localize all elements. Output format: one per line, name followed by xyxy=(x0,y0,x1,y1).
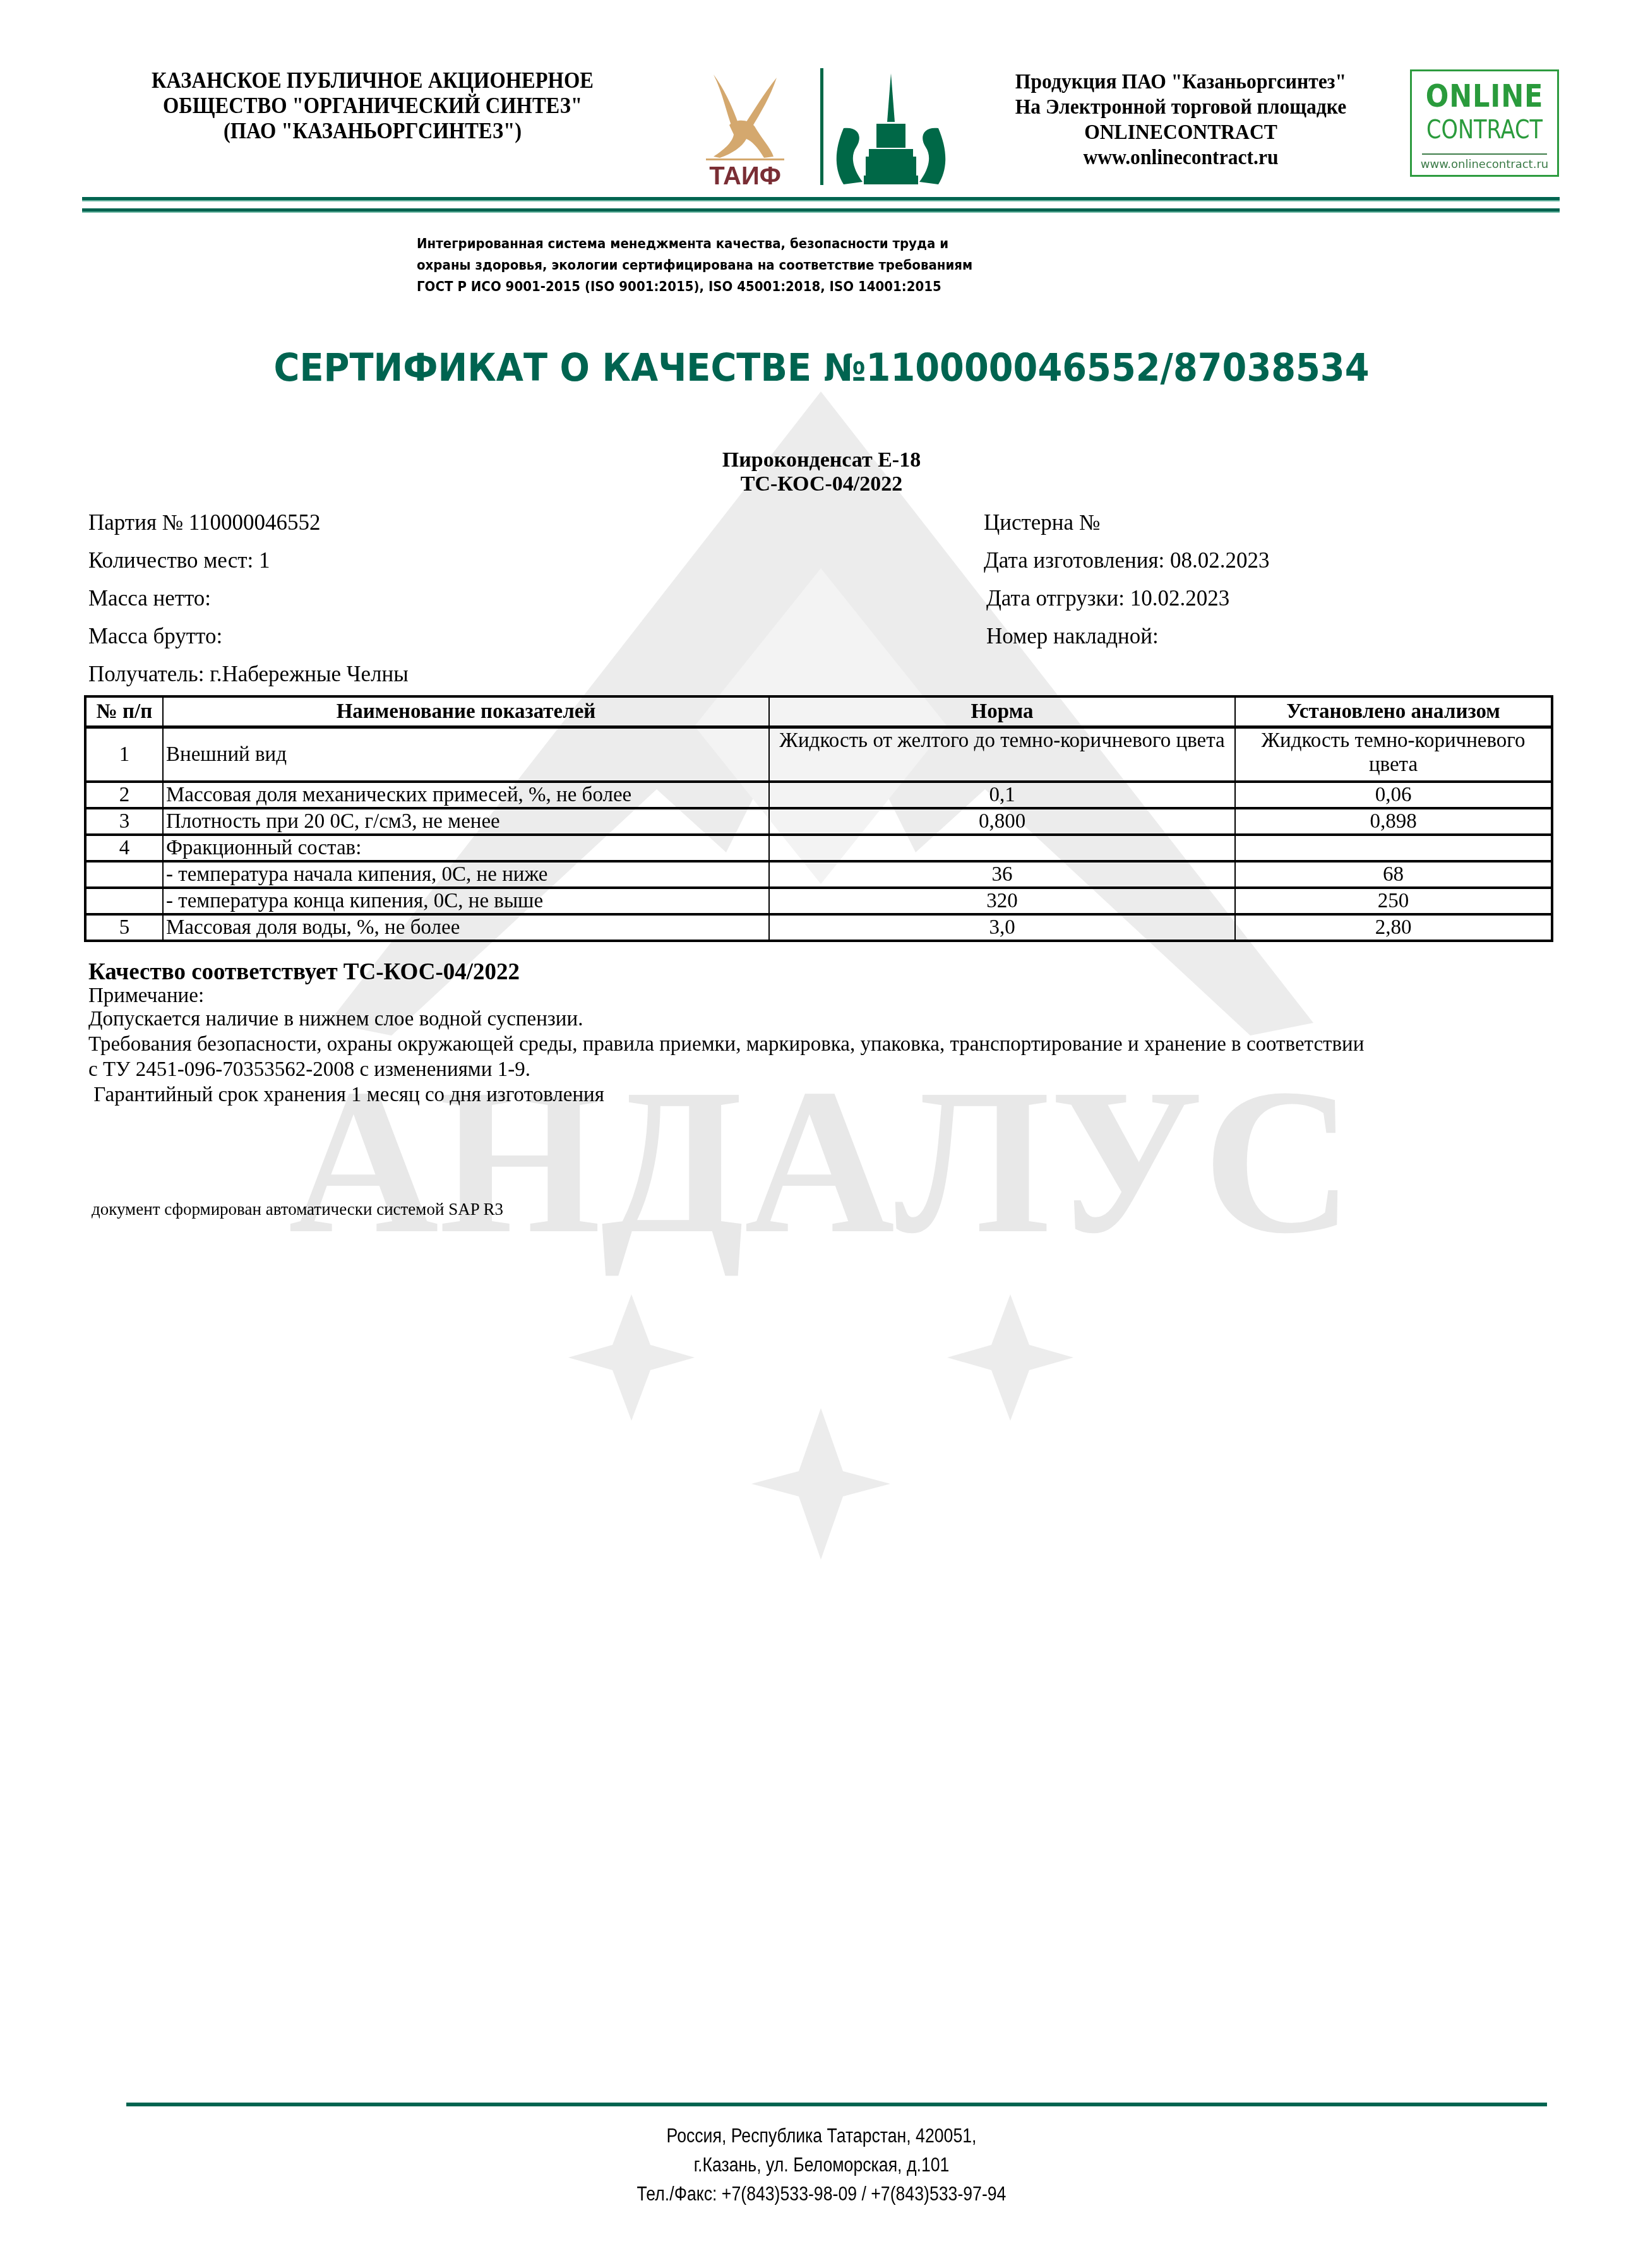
row-number: 5 xyxy=(85,914,163,941)
row-number: 3 xyxy=(85,808,163,835)
onlinecontract-logo: ONLINE CONTRACT www.onlinecontract.ru xyxy=(1410,69,1559,177)
online-logo-line2: CONTRACT xyxy=(1423,116,1545,145)
footer-phone: Тел./Факс: +7(843)533-98-09 / +7(843)533… xyxy=(115,2180,1528,2209)
watermark-diamond-bottom xyxy=(751,1408,890,1560)
company-name-line: ОБЩЕСТВО "ОРГАНИЧЕСКИЙ СИНТЕЗ" xyxy=(114,93,631,119)
row-result: 0,06 xyxy=(1235,782,1552,808)
watermark: АНДАЛУС xyxy=(0,0,1643,2268)
online-logo-line1: ONLINE xyxy=(1422,78,1547,114)
row-norm: 0,1 xyxy=(769,782,1235,808)
recipient: Получатель: г.Набережные Челны xyxy=(88,662,409,687)
row-indicator: Массовая доля механических примесей, %, … xyxy=(163,782,769,808)
row-norm: 3,0 xyxy=(769,914,1235,941)
net-mass: Масса нетто: xyxy=(88,586,211,611)
row-result: 2,80 xyxy=(1235,914,1552,941)
table-row: 2Массовая доля механических примесей, %,… xyxy=(85,782,1552,808)
table-row: 3Плотность при 20 0С, г/см3, не менее0,8… xyxy=(85,808,1552,835)
row-result: 250 xyxy=(1235,888,1552,914)
row-indicator: Внешний вид xyxy=(163,727,769,782)
product-heading: Пироконденсат Е-18 ТС-КОС-04/2022 xyxy=(0,448,1643,496)
places-count: Количество мест: 1 xyxy=(88,548,270,573)
header-divider-bottom xyxy=(82,208,1560,213)
griffin-icon: ТАИФ xyxy=(695,68,796,188)
row-norm: 36 xyxy=(769,861,1235,888)
row-result xyxy=(1235,835,1552,861)
row-indicator: - температура конца кипения, 0С, не выше xyxy=(163,888,769,914)
tank-number: Цистерна № xyxy=(984,510,1100,535)
row-result: 68 xyxy=(1235,861,1552,888)
sap-generated-note: документ сформирован автоматически систе… xyxy=(92,1200,503,1219)
row-norm: 320 xyxy=(769,888,1235,914)
row-result: 0,898 xyxy=(1235,808,1552,835)
online-logo-url: www.onlinecontract.ru xyxy=(1412,158,1557,171)
product-name: Пироконденсат Е-18 xyxy=(0,448,1643,472)
waybill-number: Номер накладной: xyxy=(986,624,1159,649)
row-indicator: - температура начала кипения, 0С, не ниж… xyxy=(163,861,769,888)
gross-mass: Масса брутто: xyxy=(88,624,222,649)
note-line: Гарантийный срок хранения 1 месяц со дня… xyxy=(88,1082,1560,1107)
notes-heading: Примечание: xyxy=(88,985,1560,1006)
product-platform-info: Продукция ПАО "Казаньоргсинтез" На Элект… xyxy=(981,69,1380,170)
product-line: ONLINECONTRACT xyxy=(981,120,1380,145)
logo-divider xyxy=(820,68,823,185)
note-line: Допускается наличие в нижнем слое водной… xyxy=(88,1006,1560,1032)
row-number: 2 xyxy=(85,782,163,808)
kazanorgsintez-logo xyxy=(831,68,951,185)
header-norm: Норма xyxy=(769,696,1235,727)
table-row: - температура конца кипения, 0С, не выше… xyxy=(85,888,1552,914)
quality-statement: Качество соответствует ТС-КОС-04/2022 xyxy=(88,958,520,986)
watermark-diamond-left xyxy=(568,1294,695,1421)
row-indicator: Плотность при 20 0С, г/см3, не менее xyxy=(163,808,769,835)
table-row: 5Массовая доля воды, %, не более3,02,80 xyxy=(85,914,1552,941)
row-number xyxy=(85,861,163,888)
quality-indicators-table: № п/п Наименование показателей Норма Уст… xyxy=(84,695,1553,942)
manufacture-date: Дата изготовления: 08.02.2023 xyxy=(984,548,1270,573)
table-row: - температура начала кипения, 0С, не ниж… xyxy=(85,861,1552,888)
footer-divider xyxy=(126,2103,1547,2106)
note-line: Требования безопасности, охраны окружающ… xyxy=(88,1032,1560,1057)
row-norm xyxy=(769,835,1235,861)
product-line: Продукция ПАО "Казаньоргсинтез" xyxy=(981,69,1380,95)
iso-line: ГОСТ Р ИСО 9001-2015 (ISO 9001:2015), IS… xyxy=(417,277,1099,298)
company-name: КАЗАНСКОЕ ПУБЛИЧНОЕ АКЦИОНЕРНОЕ ОБЩЕСТВО… xyxy=(114,68,631,144)
table-header-row: № п/п Наименование показателей Норма Уст… xyxy=(85,696,1552,727)
iso-statement: Интегрированная система менеджмента каче… xyxy=(417,234,1099,298)
company-name-line: (ПАО "КАЗАНЬОРГСИНТЕЗ") xyxy=(114,119,631,144)
header-result: Установлено анализом xyxy=(1235,696,1552,727)
header-indicator: Наименование показателей xyxy=(163,696,769,727)
row-indicator: Массовая доля воды, %, не более xyxy=(163,914,769,941)
company-name-line: КАЗАНСКОЕ ПУБЛИЧНОЕ АКЦИОНЕРНОЕ xyxy=(114,68,631,93)
row-number xyxy=(85,888,163,914)
header-number: № п/п xyxy=(85,696,163,727)
taif-logo-text: ТАИФ xyxy=(709,162,781,188)
product-line: На Электронной торговой площадке xyxy=(981,95,1380,120)
footer-line: Россия, Республика Татарстан, 420051, xyxy=(115,2122,1528,2151)
notes: Примечание: Допускается наличие в нижнем… xyxy=(88,985,1560,1107)
table-row: 4Фракционный состав: xyxy=(85,835,1552,861)
row-norm: Жидкость от желтого до темно-коричневого… xyxy=(769,727,1235,782)
row-number: 4 xyxy=(85,835,163,861)
iso-line: охраны здоровья, экологии сертифицирован… xyxy=(417,255,1099,277)
note-line: с ТУ 2451-096-70353562-2008 с изменениям… xyxy=(88,1057,1560,1082)
product-standard: ТС-КОС-04/2022 xyxy=(0,472,1643,496)
iso-line: Интегрированная система менеджмента каче… xyxy=(417,234,1099,255)
taif-logo: ТАИФ xyxy=(695,68,796,188)
header-divider-top xyxy=(82,197,1560,201)
certificate-title: СЕРТИФИКАТ О КАЧЕСТВЕ №110000046552/8703… xyxy=(57,346,1586,390)
shipment-date: Дата отгрузки: 10.02.2023 xyxy=(986,586,1229,611)
row-norm: 0,800 xyxy=(769,808,1235,835)
table-row: 1Внешний видЖидкость от желтого до темно… xyxy=(85,727,1552,782)
row-number: 1 xyxy=(85,727,163,782)
row-indicator: Фракционный состав: xyxy=(163,835,769,861)
watermark-diamond-right xyxy=(947,1294,1073,1421)
online-logo-rule xyxy=(1422,153,1547,155)
kremlin-tower-icon xyxy=(831,68,951,185)
row-result: Жидкость темно-коричневого цвета xyxy=(1235,727,1552,782)
website-link: www.onlinecontract.ru xyxy=(981,145,1380,170)
batch-number: Партия № 110000046552 xyxy=(88,510,321,535)
footer-line: г.Казань, ул. Беломорская, д.101 xyxy=(115,2151,1528,2180)
footer-address: Россия, Республика Татарстан, 420051, г.… xyxy=(115,2122,1528,2209)
